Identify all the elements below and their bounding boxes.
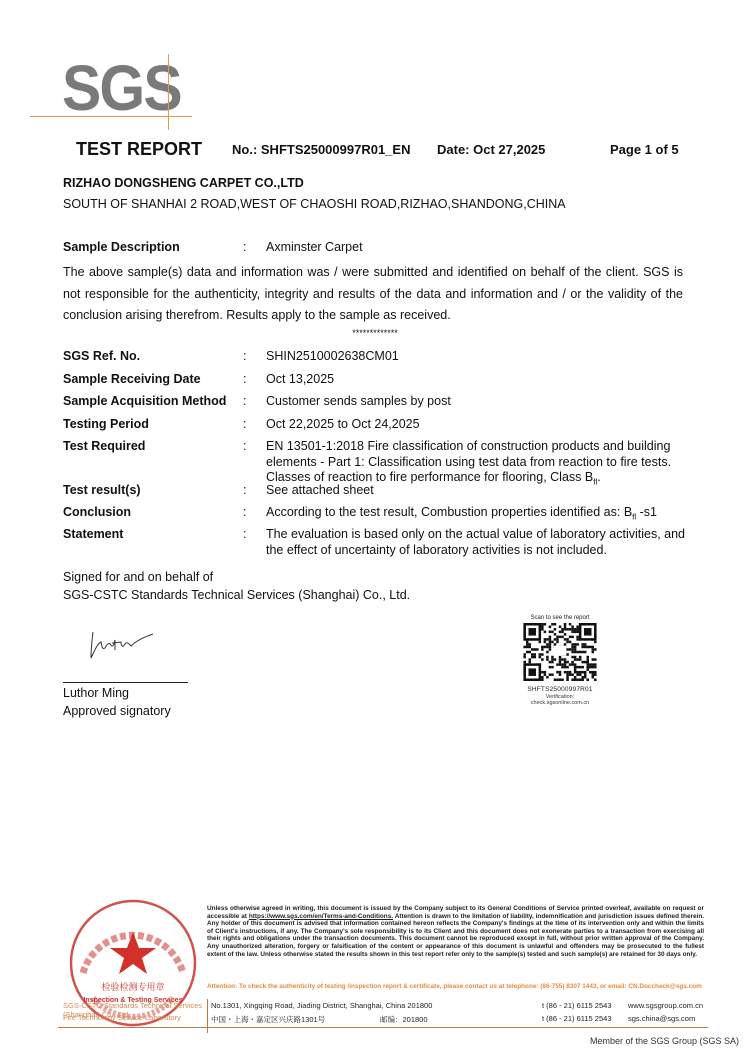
field-label: Statement bbox=[63, 527, 123, 543]
qr-code-icon[interactable] bbox=[523, 623, 597, 681]
field-label: SGS Ref. No. bbox=[63, 349, 140, 365]
footer-horizontal-rule bbox=[58, 1027, 708, 1028]
email-link[interactable]: sgs.china@sgs.com bbox=[628, 1014, 695, 1023]
sgs-logo: SGS bbox=[62, 56, 181, 120]
terms-link[interactable]: https://www.sgs.com/en/Terms-and-Conditi… bbox=[249, 913, 393, 920]
telephone-1: t (86 - 21) 6115 2543 bbox=[542, 1001, 612, 1010]
signer-title: Approved signatory bbox=[63, 704, 171, 718]
report-date: Date: Oct 27,2025 bbox=[437, 142, 545, 157]
authenticity-notice: Attention: To check the authenticity of … bbox=[207, 983, 707, 991]
signer-name: Luthor Ming bbox=[63, 686, 129, 700]
client-name: RIZHAO DONGSHENG CARPET CO.,LTD bbox=[63, 176, 304, 190]
value-text: According to the test result, Combustion… bbox=[266, 505, 632, 519]
signed-on-behalf-label: Signed for and on behalf of bbox=[63, 570, 213, 584]
field-colon: : bbox=[243, 527, 246, 543]
telephone-2: t (86 - 21) 6115 2543 bbox=[542, 1014, 612, 1023]
field-label: Sample Acquisition Method bbox=[63, 394, 226, 410]
value-suffix: . bbox=[597, 470, 600, 484]
field-colon: : bbox=[243, 439, 246, 455]
field-label: Sample Description bbox=[63, 240, 180, 256]
stamp-cn-text: 检验检测专用章 bbox=[101, 981, 164, 993]
signing-company: SGS-CSTC Standards Technical Services (S… bbox=[63, 588, 410, 602]
separator: ************* bbox=[0, 328, 750, 338]
field-label: Conclusion bbox=[63, 505, 131, 521]
field-value: According to the test result, Combustion… bbox=[266, 505, 686, 525]
field-value: See attached sheet bbox=[266, 483, 686, 499]
value-text: EN 13501-1:2018 Fire classification of c… bbox=[266, 439, 671, 484]
qr-caption: Scan to see the report bbox=[522, 615, 598, 622]
field-value: Customer sends samples by post bbox=[266, 394, 686, 410]
disclaimer-text: The above sample(s) data and information… bbox=[63, 262, 683, 327]
address-chinese: 中国・上海・嘉定区兴庆路1301号 bbox=[211, 1014, 325, 1025]
field-colon: : bbox=[243, 417, 246, 433]
handwritten-signature bbox=[85, 628, 165, 664]
field-colon: : bbox=[243, 372, 246, 388]
signature-line bbox=[63, 682, 188, 683]
field-label: Testing Period bbox=[63, 417, 149, 433]
value-suffix: -s1 bbox=[636, 505, 657, 519]
address-english: No.1301, Xingqing Road, Jiading District… bbox=[211, 1001, 432, 1010]
qr-verify-url: check.sgsonline.com.cn bbox=[522, 700, 598, 706]
field-value: Oct 13,2025 bbox=[266, 372, 686, 388]
member-statement: Member of the SGS Group (SGS SA) bbox=[590, 1036, 739, 1046]
field-label: Test result(s) bbox=[63, 483, 141, 499]
qr-report-ref: SHFTS25000997R01 bbox=[522, 686, 598, 694]
field-colon: : bbox=[243, 240, 246, 256]
website-link[interactable]: www.sgsgroup.com.cn bbox=[628, 1001, 703, 1010]
terms-text-post: Attention is drawn to the limitation of … bbox=[207, 913, 704, 958]
terms-text: Unless otherwise agreed in writing, this… bbox=[207, 905, 704, 958]
field-value: Oct 22,2025 to Oct 24,2025 bbox=[266, 417, 686, 433]
logo-vertical-rule bbox=[168, 54, 169, 130]
field-colon: : bbox=[243, 483, 246, 499]
field-value: SHIN2510002638CM01 bbox=[266, 349, 686, 365]
qr-verification-block: Scan to see the report SHFTS25000997R01 … bbox=[522, 615, 598, 706]
client-address: SOUTH OF SHANHAI 2 ROAD,WEST OF CHAOSHI … bbox=[63, 197, 566, 211]
field-label: Sample Receiving Date bbox=[63, 372, 201, 388]
field-value: The evaluation is based only on the actu… bbox=[266, 527, 686, 558]
field-colon: : bbox=[243, 505, 246, 521]
field-colon: : bbox=[243, 349, 246, 365]
field-label: Test Required bbox=[63, 439, 145, 455]
lab-department: Fire Technology Service Laboratory bbox=[63, 1013, 181, 1022]
field-colon: : bbox=[243, 394, 246, 410]
postcode-chinese: 邮编：201800 bbox=[380, 1014, 428, 1025]
field-value: Axminster Carpet bbox=[266, 240, 686, 256]
report-number: No.: SHFTS25000997R01_EN bbox=[232, 142, 410, 157]
page-number: Page 1 of 5 bbox=[610, 142, 679, 157]
report-title: TEST REPORT bbox=[76, 139, 202, 160]
